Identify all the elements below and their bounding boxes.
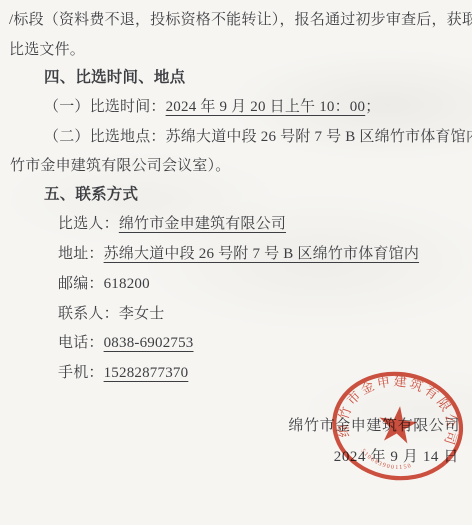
field-bidder-label: 比选人： <box>58 216 119 232</box>
field-phone: 电话：0838-6902753 <box>58 334 194 353</box>
place-line-1: （二）比选地点：苏绵大道中段 26 号附 7 号 B 区绵竹市体育馆内（绵 <box>44 128 472 147</box>
intro-line-1: /标段（资料费不退，投标资格不能转让），报名通过初步审查后，获取 <box>9 11 472 30</box>
place-label: （二）比选地点： <box>44 129 166 145</box>
time-suffix: ； <box>365 99 380 115</box>
document-page: /标段（资料费不退，投标资格不能转让），报名通过初步审查后，获取 比选文件。 四… <box>0 0 472 525</box>
field-bidder-value: 绵竹市金申建筑有限公司 <box>119 216 286 232</box>
place-line-2: 竹市金申建筑有限公司会议室）。 <box>10 157 231 176</box>
field-contact-person-label: 联系人： <box>58 306 119 322</box>
time-value: 2024 年 9 月 20 日上午 10：00 <box>166 99 366 115</box>
field-contact-person-value: 李女士 <box>119 306 165 322</box>
field-mobile-label: 手机： <box>58 365 104 381</box>
field-address: 地址：苏绵大道中段 26 号附 7 号 B 区绵竹市体育馆内 <box>58 245 419 264</box>
field-postcode-value: 618200 <box>104 276 150 292</box>
time-label: （一）比选时间： <box>44 99 166 115</box>
field-mobile: 手机：15282877370 <box>58 364 188 383</box>
field-postcode-label: 邮编： <box>58 276 104 292</box>
intro-line-2: 比选文件。 <box>9 41 85 60</box>
field-mobile-value: 15282877370 <box>104 365 189 381</box>
section-heading-contact: 五、联系方式 <box>44 185 138 204</box>
field-address-label: 地址： <box>58 246 104 262</box>
field-address-value: 苏绵大道中段 26 号附 7 号 B 区绵竹市体育馆内 <box>104 246 419 262</box>
field-postcode: 邮编：618200 <box>58 275 150 294</box>
place-value-line1: 苏绵大道中段 26 号附 7 号 B 区绵竹市体育馆内（绵 <box>166 129 472 145</box>
section-heading-time-place: 四、比选时间、地点 <box>44 68 185 87</box>
field-phone-value: 0838-6902753 <box>104 335 194 351</box>
company-seal: 绵竹市金申建筑有限公司 5106839001150 <box>320 361 472 493</box>
seal-star-icon <box>377 404 419 445</box>
field-contact-person: 联系人：李女士 <box>58 305 164 324</box>
seal-graphic: 绵竹市金申建筑有限公司 5106839001150 <box>328 366 467 485</box>
field-phone-label: 电话： <box>58 335 104 351</box>
field-bidder: 比选人：绵竹市金申建筑有限公司 <box>58 215 286 234</box>
time-line: （一）比选时间：2024 年 9 月 20 日上午 10：00； <box>44 98 380 117</box>
